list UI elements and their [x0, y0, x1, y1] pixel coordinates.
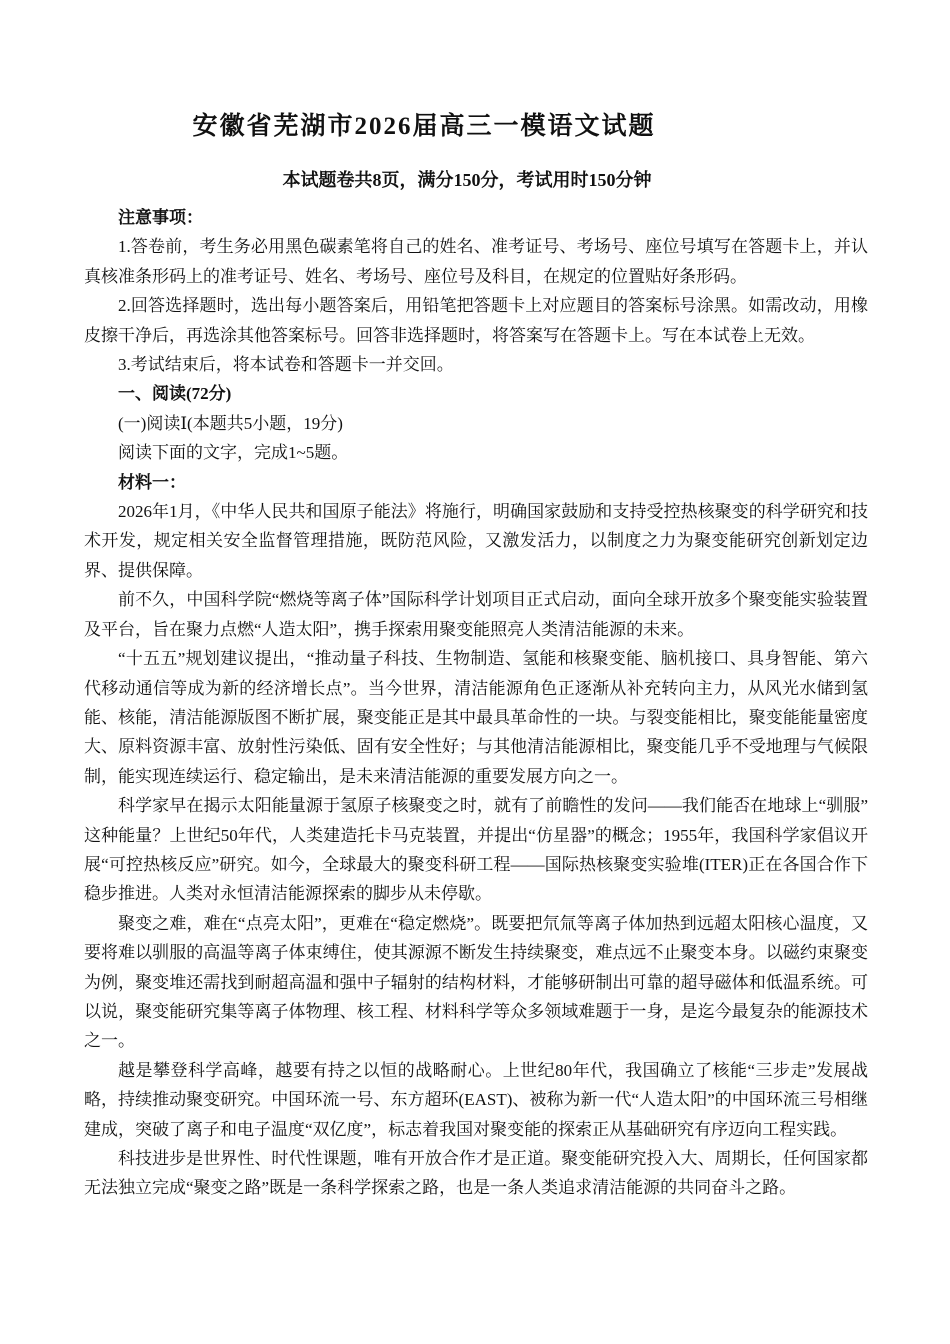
material-paragraph-5: 聚变之难，难在“点亮太阳”，更难在“稳定燃烧”。既要把氘氚等离子体加热到远超太阳… [84, 909, 868, 1056]
page-title: 安徽省芜湖市2026届高三一模语文试题 [32, 112, 816, 142]
exam-info-line: 本试题卷共8页，满分150分，考试用时150分钟 [75, 169, 859, 191]
notice-item-2: 2.回答选择题时，选出每小题答案后，用铅笔把答题卡上对应题目的答案标号涂黑。如需… [84, 291, 868, 350]
material-paragraph-6: 越是攀登科学高峰，越要有持之以恒的战略耐心。上世纪80年代，我国确立了核能“三步… [84, 1056, 868, 1144]
reading-instruction: 阅读下面的文字，完成1~5题。 [84, 438, 868, 467]
material-paragraph-7: 科技进步是世界性、时代性课题，唯有开放合作才是正道。聚变能研究投入大、周期长，任… [84, 1144, 868, 1203]
material-paragraph-3: “十五五”规划建议提出，“推动量子科技、生物制造、氢能和核聚变能、脑机接口、具身… [84, 644, 868, 791]
material-paragraph-2: 前不久，中国科学院“燃烧等离子体”国际科学计划项目正式启动，面向全球开放多个聚变… [84, 585, 868, 644]
exam-body: 注意事项： 1.答卷前，考生务必用黑色碳素笔将自己的姓名、准考证号、考场号、座位… [84, 203, 868, 1203]
notice-item-3: 3.考试结束后，将本试卷和答题卡一并交回。 [84, 350, 868, 379]
subsection-heading-reading-1: (一)阅读Ⅰ(本题共5小题，19分) [84, 409, 868, 438]
notice-item-1: 1.答卷前，考生务必用黑色碳素笔将自己的姓名、准考证号、考场号、座位号填写在答题… [84, 232, 868, 291]
section-heading-reading: 一、阅读(72分) [84, 379, 868, 408]
exam-paper-page: 安徽省芜湖市2026届高三一模语文试题 本试题卷共8页，满分150分，考试用时1… [0, 0, 950, 1203]
notice-heading: 注意事项： [84, 203, 868, 232]
material-one-heading: 材料一： [84, 468, 868, 497]
material-paragraph-1: 2026年1月，《中华人民共和国原子能法》将施行，明确国家鼓励和支持受控热核聚变… [84, 497, 868, 585]
material-paragraph-4: 科学家早在揭示太阳能量源于氢原子核聚变之时，就有了前瞻性的发问——我们能否在地球… [84, 791, 868, 909]
